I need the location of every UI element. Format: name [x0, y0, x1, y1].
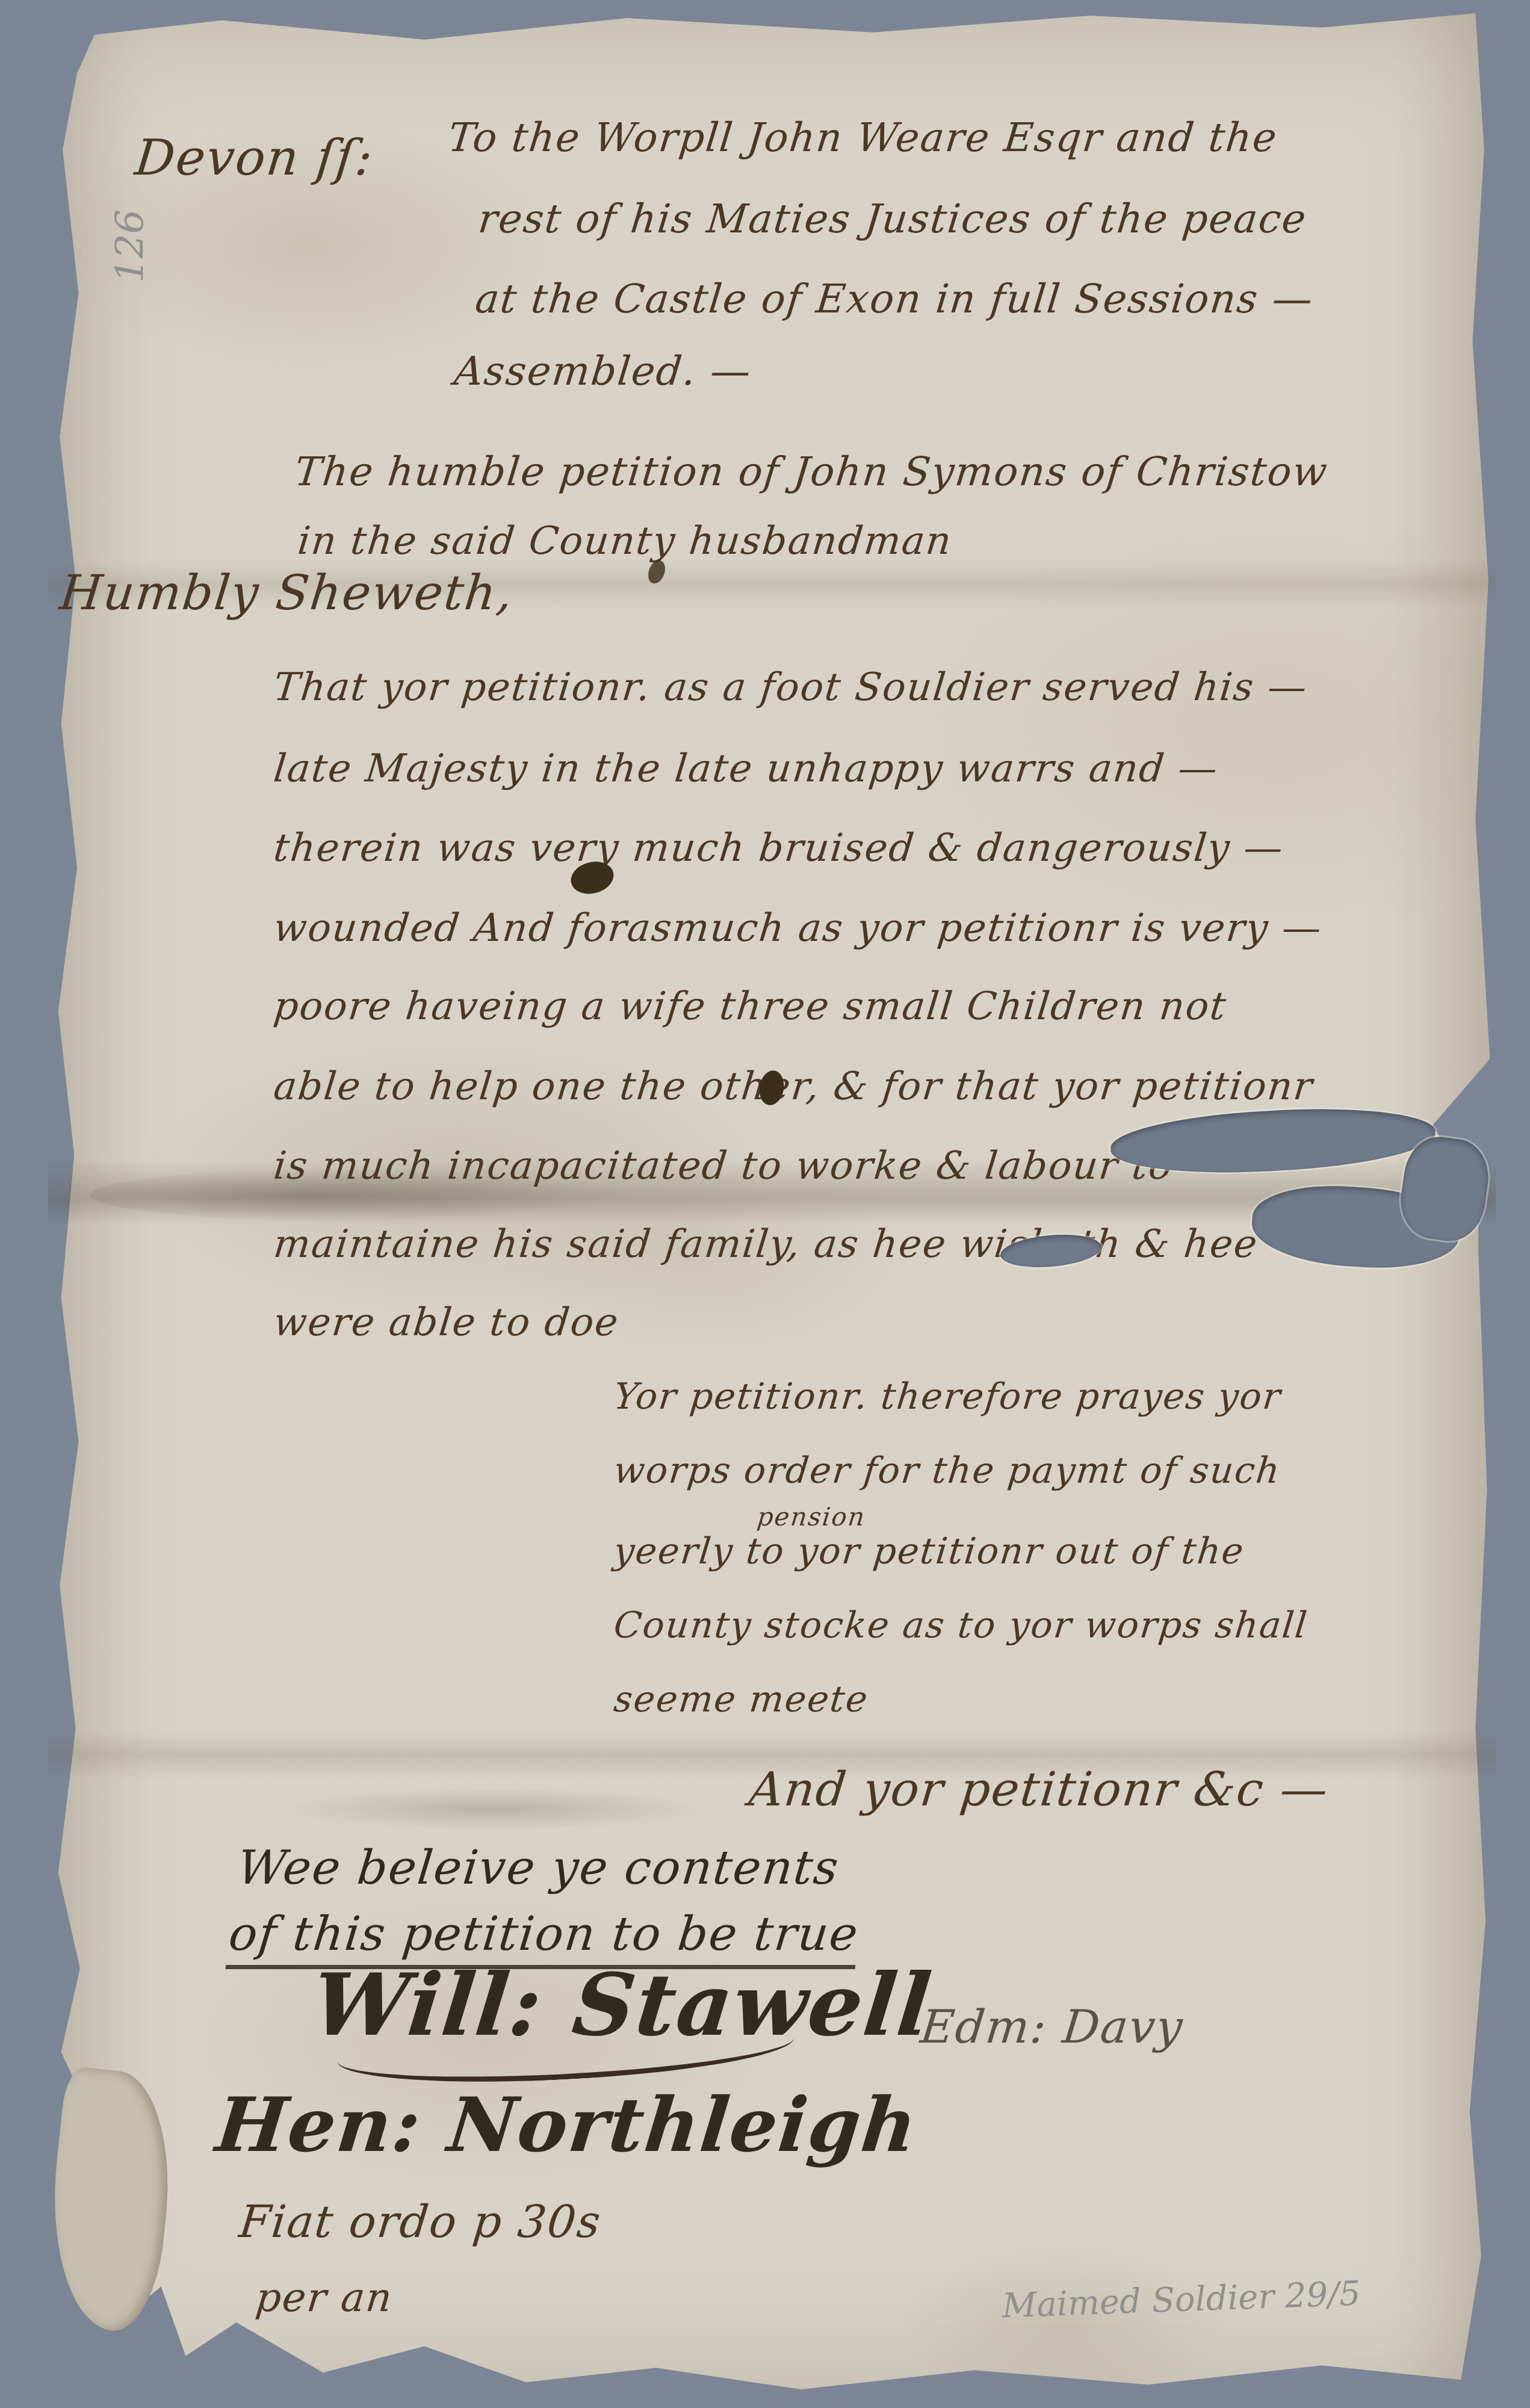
address-line-3: at the Castle of Exon in full Sessions — — [473, 276, 1316, 322]
photograph-backdrop: 126 Devon ſſ: To the Worpll John Weare E… — [0, 0, 1530, 2408]
address-line-1: To the Worpll John Weare Esqr and the — [446, 114, 1280, 161]
body-line-8: maintaine his said family, as hee wishet… — [271, 1222, 1260, 1267]
petition-title-line-1: The humble petition of John Symons of Ch… — [293, 448, 1330, 495]
prayer-line-5: seeme meete — [612, 1678, 870, 1721]
address-line-4: Assembled. — — [452, 348, 754, 394]
prayer-line-4: County stocke as to yor worps shall — [612, 1604, 1310, 1646]
body-line-2: late Majesty in the late unhappy warrs a… — [271, 746, 1221, 791]
body-line-9: were able to doe — [271, 1300, 621, 1345]
signature-edm-davy: Edm: Davy — [918, 2000, 1186, 2053]
prayer-interlined-word: pension — [755, 1502, 867, 1531]
body-line-6: able to help one the other, & for that y… — [271, 1064, 1316, 1109]
body-line-1: That yor petitionr. as a foot Souldier s… — [271, 665, 1310, 710]
body-line-3: therein was very much bruised & dangerou… — [271, 826, 1286, 870]
prayer-line-2: worps order for the paymt of such — [612, 1450, 1283, 1492]
fiat-order-line-1: Fiat ordo p 30s — [237, 2196, 604, 2248]
county-heading: Devon ſſ: — [132, 129, 376, 187]
salutation: Humbly Sheweth, — [57, 565, 516, 621]
prayer-line-3: yeerly to yor petitionr out of the — [612, 1530, 1247, 1572]
prayer-closing: And yor petitionr &c — — [746, 1763, 1331, 1817]
prayer-line-1: Yor petitionr. therefore prayes yor — [612, 1376, 1283, 1418]
petition-title-line-2: in the said County husbandman — [296, 519, 955, 563]
pencil-folio-number: 126 — [108, 209, 153, 283]
body-line-4: wounded And forasmuch as yor petitionr i… — [271, 906, 1324, 951]
signature-hen-northleigh: Hen: Northleigh — [212, 2082, 921, 2169]
address-line-2: rest of his Maties Justices of the peace — [476, 196, 1309, 242]
body-line-7: is much incapacitated to worke & labour … — [271, 1144, 1228, 1188]
endorsement-line-1: Wee beleive ye contents — [235, 1841, 842, 1895]
fiat-order-line-2: per an — [253, 2274, 395, 2321]
body-line-5: poore haveing a wife three small Childre… — [271, 984, 1229, 1029]
